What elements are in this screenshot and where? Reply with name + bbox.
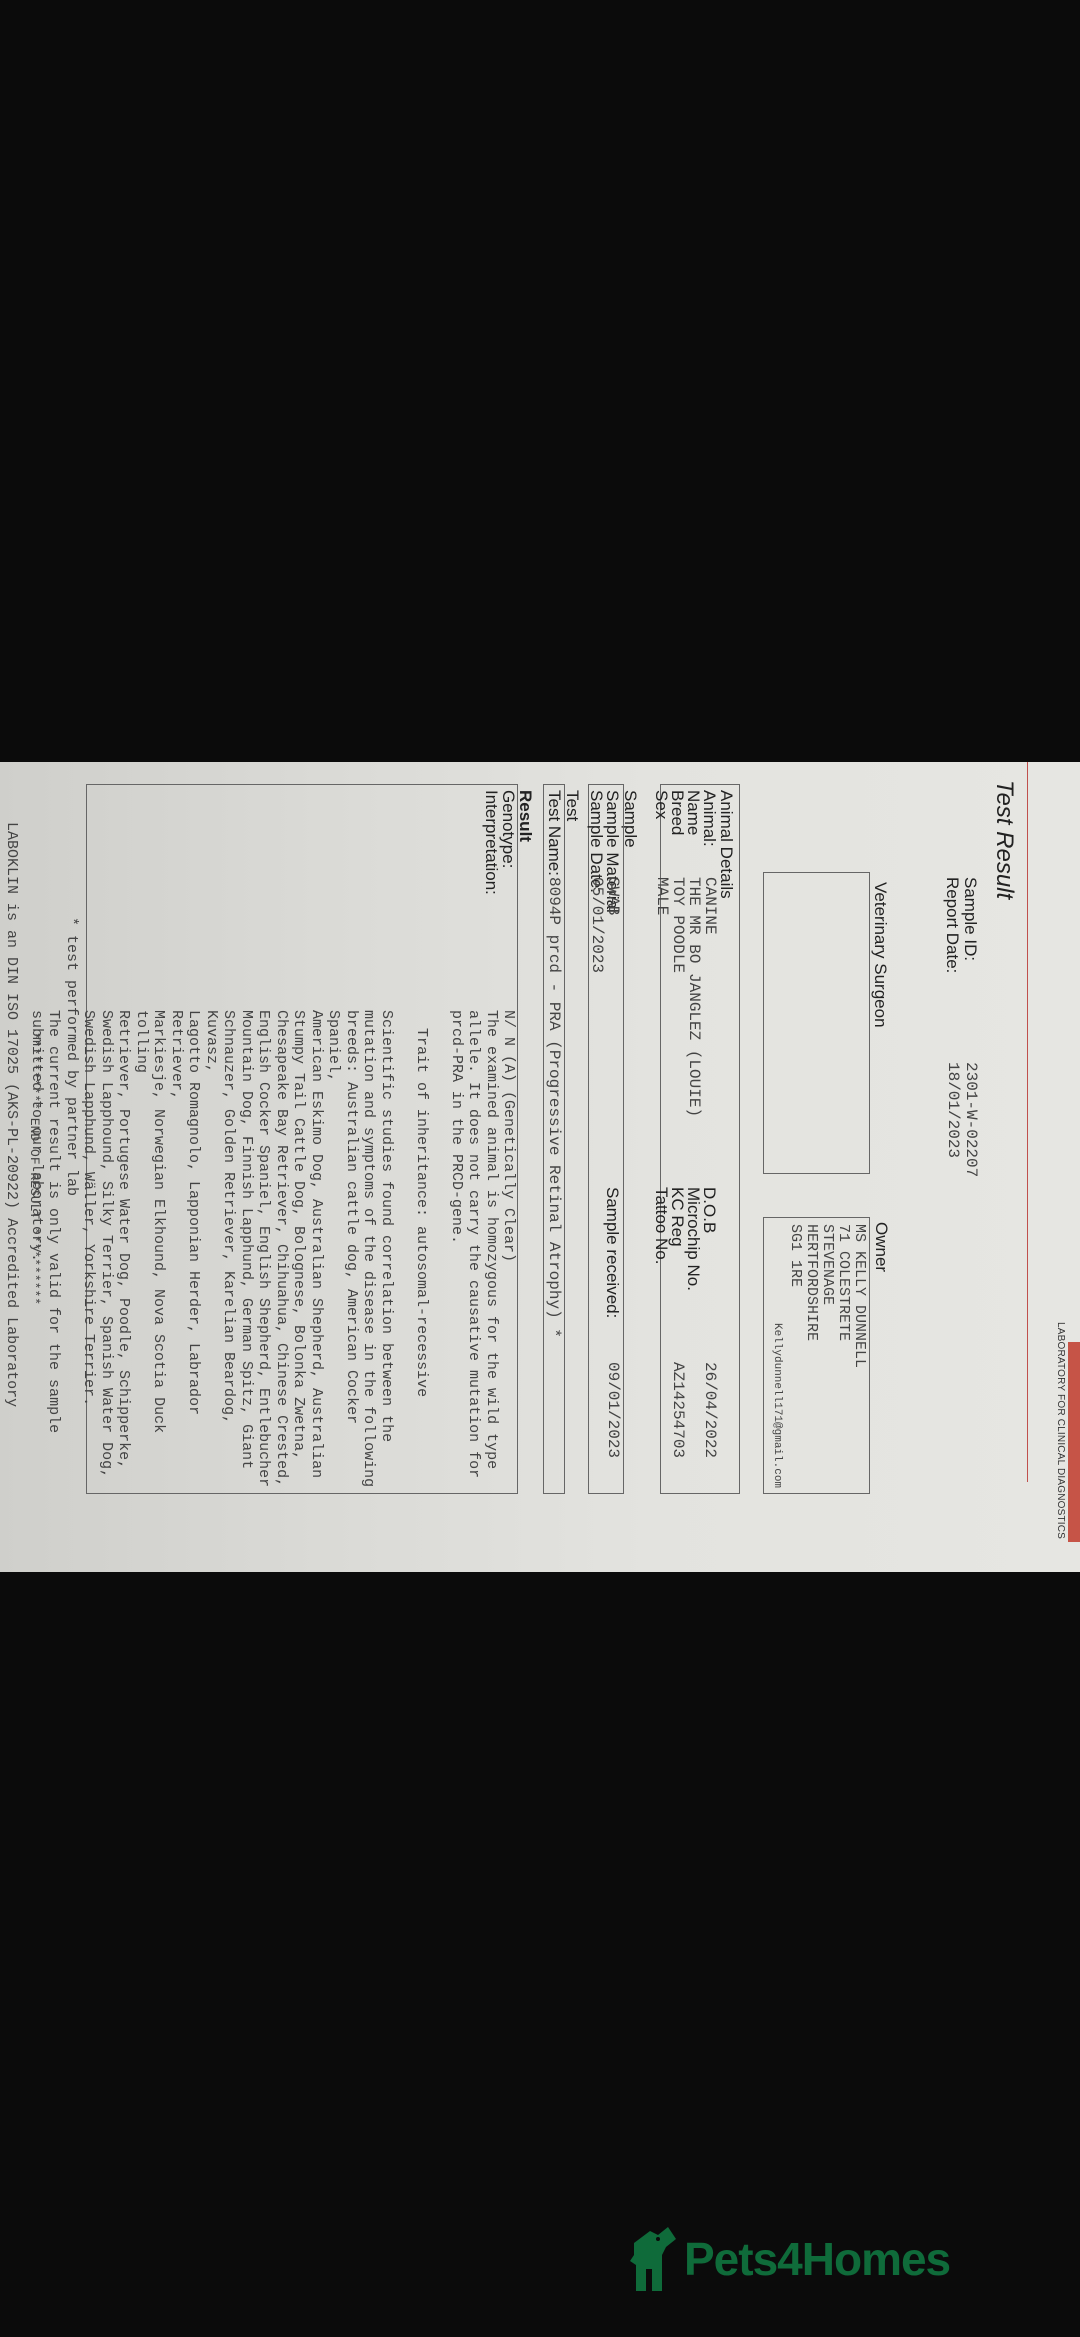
animal-value: CANINE bbox=[701, 877, 719, 935]
sample-date: 05/01/2023 bbox=[588, 877, 606, 973]
kc-value: AZ14254703 bbox=[669, 1362, 687, 1458]
lab-tagline: LABORATORY FOR CLINICAL DIAGNOSTICS bbox=[1055, 1322, 1066, 1539]
owner-box: Owner MS KELLY DUNNELL 71 COLESTRETE STE… bbox=[763, 1217, 870, 1494]
pets4homes-wordmark: Pets4Homes bbox=[684, 2232, 950, 2286]
report-date-label: Report Date: bbox=[942, 877, 962, 973]
owner-email: Kellydunnell171@gmail.com bbox=[771, 1323, 783, 1488]
test-result-page: LABORATORY FOR CLINICAL DIAGNOSTICS Test… bbox=[0, 762, 1080, 1572]
animal-heading: Animal Details bbox=[716, 790, 736, 899]
name-value: THE MR BO JANGLEZ (LOUIE) bbox=[685, 877, 703, 1117]
sex-value: MALE bbox=[653, 877, 671, 915]
test-name-label: Test Name: bbox=[544, 790, 564, 876]
dob-value: 26/04/2022 bbox=[701, 1362, 719, 1458]
tattoo-label: Tattoo No. bbox=[651, 1187, 671, 1265]
lab-logo bbox=[1068, 1342, 1080, 1542]
interpretation-text: The examined animal is homozygous for th… bbox=[28, 1010, 501, 1490]
document-photo: LABORATORY FOR CLINICAL DIAGNOSTICS Test… bbox=[0, 762, 1080, 1572]
sample-received-label: Sample received: bbox=[602, 1187, 622, 1318]
page-title: Test Result bbox=[990, 780, 1018, 899]
owner-heading: Owner bbox=[871, 1222, 891, 1272]
breed-value: TOY POODLE bbox=[669, 877, 687, 973]
report-date: 18/01/2023 bbox=[944, 1062, 962, 1158]
interpretation-label: Interpretation: bbox=[481, 790, 501, 895]
sex-label: Sex bbox=[651, 790, 671, 819]
partner-lab-footnote: * test performed by partner lab bbox=[63, 917, 80, 1196]
sample-id: 2301-W-02207 bbox=[962, 1062, 980, 1177]
vet-heading: Veterinary Surgeon bbox=[870, 882, 890, 1028]
end-of-result: ********** END OF RESULT ********** bbox=[27, 1032, 42, 1305]
test-name: 8094P prcd - PRA (Progressive Retinal At… bbox=[545, 877, 563, 1338]
accreditation-text: LABOKLIN is an DIN ISO 17025 (AKS-PL-209… bbox=[3, 822, 20, 1407]
sample-received: 09/01/2023 bbox=[604, 1362, 622, 1458]
sample-material: SWAB bbox=[604, 877, 622, 915]
sample-id-label: Sample ID: bbox=[960, 877, 980, 961]
dog-logo-icon bbox=[628, 2225, 678, 2293]
pets4homes-watermark: Pets4Homes bbox=[628, 2225, 950, 2293]
genotype-value: N/ N (A) (Genetically Clear) bbox=[500, 1010, 517, 1262]
header-divider bbox=[1027, 762, 1028, 1482]
owner-address: MS KELLY DUNNELL 71 COLESTRETE STEVENAGE… bbox=[787, 1224, 867, 1368]
result-heading: Result bbox=[515, 790, 535, 842]
vet-box bbox=[763, 872, 870, 1174]
genotype-label: Genotype: bbox=[498, 790, 518, 868]
test-heading: Test bbox=[562, 790, 582, 821]
